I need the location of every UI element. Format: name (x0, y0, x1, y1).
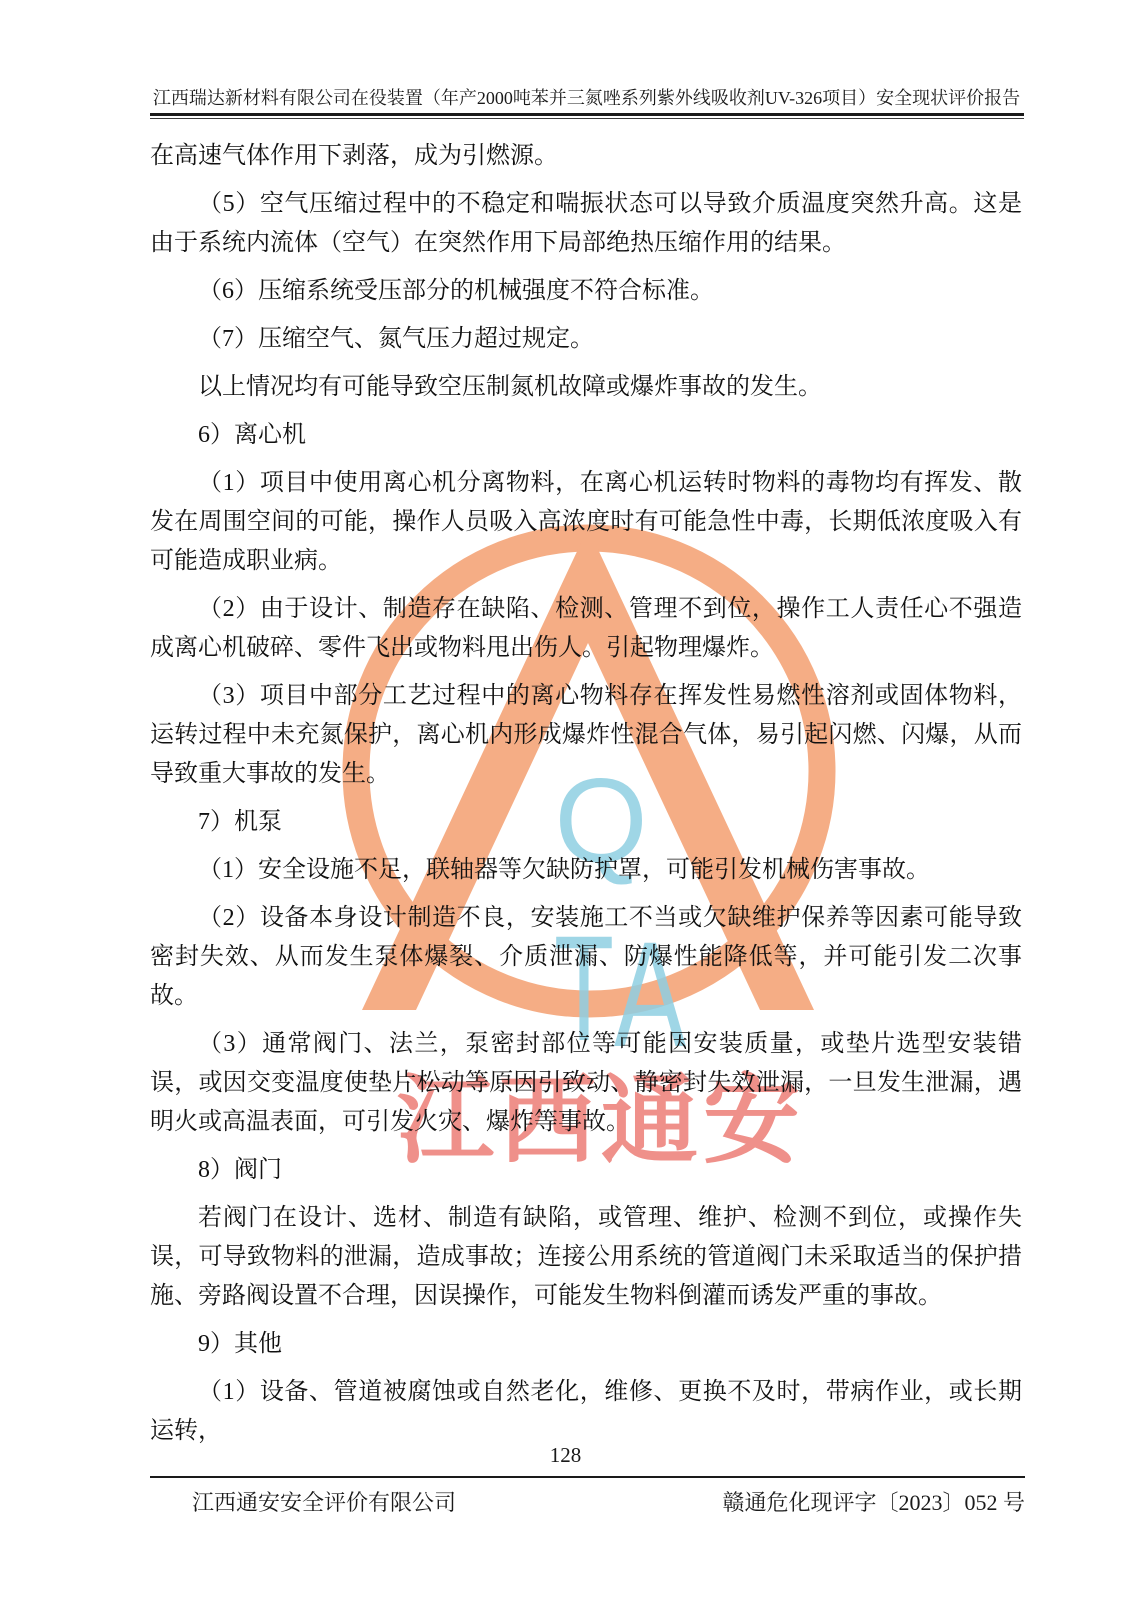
paragraph: （1）设备、管道被腐蚀或自然老化，维修、更换不及时，带病作业，或长期运转， (150, 1373, 1022, 1451)
document-body: 在高速气体作用下剥落，成为引燃源。（5）空气压缩过程中的不稳定和喘振状态可以导致… (150, 137, 1022, 1460)
paragraph: （1）项目中使用离心机分离物料，在离心机运转时物料的毒物均有挥发、散发在周围空间… (150, 464, 1022, 581)
paragraph: （7）压缩空气、氮气压力超过规定。 (150, 320, 1022, 359)
paragraph: 7）机泵 (150, 803, 1022, 842)
paragraph: （2）设备本身设计制造不良，安装施工不当或欠缺维护保养等因素可能导致密封失效、从… (150, 899, 1022, 1016)
page-header-title: 江西瑞达新材料有限公司在役装置（年产2000吨苯并三氮唑系列紫外线吸收剂UV-3… (150, 84, 1023, 110)
paragraph: （1）安全设施不足，联轴器等欠缺防护罩，可能引发机械伤害事故。 (150, 851, 1022, 890)
content-layer: 江西瑞达新材料有限公司在役装置（年产2000吨苯并三氮唑系列紫外线吸收剂UV-3… (0, 0, 1131, 1600)
footer-rule (150, 1476, 1025, 1478)
paragraph: （6）压缩系统受压部分的机械强度不符合标准。 (150, 272, 1022, 311)
paragraph: （3）项目中部分工艺过程中的离心物料存在挥发性易燃性溶剂或固体物料，运转过程中未… (150, 677, 1022, 794)
paragraph: 9）其他 (150, 1325, 1022, 1364)
footer-document-number: 赣通危化现评字〔2023〕052 号 (722, 1486, 1025, 1517)
paragraph: 6）离心机 (150, 416, 1022, 455)
paragraph: 8）阀门 (150, 1151, 1022, 1190)
paragraph: 若阀门在设计、选材、制造有缺陷，或管理、维护、检测不到位，或操作失误，可导致物料… (150, 1199, 1022, 1316)
footer-company-name: 江西通安安全评价有限公司 (192, 1486, 456, 1517)
page-number: 128 (0, 1443, 1131, 1468)
paragraph: 以上情况均有可能导致空压制氮机故障或爆炸事故的发生。 (150, 368, 1022, 407)
paragraph: （3）通常阀门、法兰，泵密封部位等可能因安装质量，或垫片选型安装错误，或因交变温… (150, 1025, 1022, 1142)
paragraph: 在高速气体作用下剥落，成为引燃源。 (150, 137, 1022, 176)
paragraph: （2）由于设计、制造存在缺陷、检测、管理不到位，操作工人责任心不强造成离心机破碎… (150, 590, 1022, 668)
document-page: Q T A 江西通安 江西瑞达新材料有限公司在役装置（年产2000吨苯并三氮唑系… (0, 0, 1131, 1600)
paragraph: （5）空气压缩过程中的不稳定和喘振状态可以导致介质温度突然升高。这是由于系统内流… (150, 185, 1022, 263)
header-rule (150, 113, 1024, 119)
